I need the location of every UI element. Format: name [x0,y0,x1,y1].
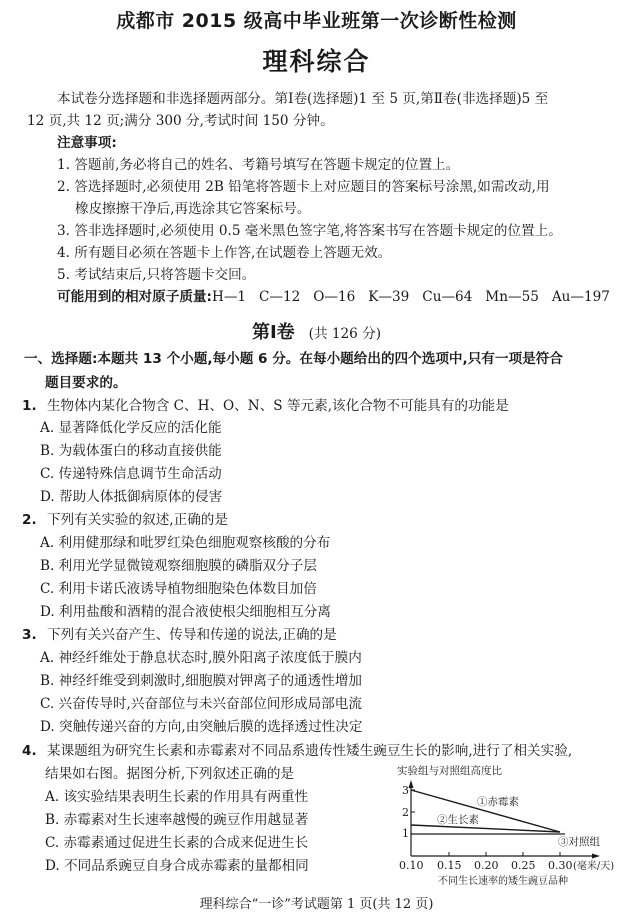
q3-option-b: B. 神经纤维受到刺激时,细胞膜对钾离子的通透性增加 [40,670,362,692]
y-axis-arrow-icon [409,780,414,788]
q1-option-a: A. 显著降低化学反应的活化能 [40,417,222,439]
atomic-mass-values: H—1 C—12 O—16 K—39 Cu—64 Mn—55 Au—197 [212,289,610,305]
question-3: 3. 下列有关兴奋产生、传导和传递的说法,正确的是 [22,624,337,646]
q4-option-b: B. 赤霉素对生长速率越慢的豌豆作用越显著 [45,809,308,831]
q2-option-a: A. 利用健那绿和吡罗红染色细胞观察核酸的分布 [40,532,330,554]
question-stem: 下列有关兴奋产生、传导和传递的说法,正确的是 [47,627,337,643]
exam-subject-title: 理科综合 [0,42,633,78]
x-tick: 0.10 [399,859,424,872]
section-heading: 第Ⅰ卷(共 126 分) [0,318,633,344]
question-4-stem-cont: 结果如右图。据图分析,下列叙述正确的是 [45,763,294,785]
intro-line-2: 12 页,共 12 页;满分 300 分,考试时间 150 分钟。 [27,110,334,132]
question-1: 1. 生物体内某化合物含 C、H、O、N、S 等元素,该化合物不可能具有的功能是 [22,395,509,417]
q1-option-c: C. 传递特殊信息调节生命活动 [40,463,222,485]
x-tick: 0.20 [474,859,499,872]
note-item-2-cont: 橡皮擦擦干净后,再选涂其它答案标号。 [75,198,310,220]
question-number: 3. [22,627,37,643]
note-item-5: 5. 考试结束后,只将答题卡交回。 [57,264,255,286]
q2-option-b: B. 利用光学显微镜观察细胞膜的磷脂双分子层 [40,555,317,577]
intro-line-1: 本试卷分选择题和非选择题两部分。第Ⅰ卷(选择题)1 至 5 页,第Ⅱ卷(非选择题… [57,88,548,110]
question-number: 2. [22,512,37,528]
label-control: ③对照组 [558,835,600,848]
question-stem: 生物体内某化合物含 C、H、O、N、S 等元素,该化合物不可能具有的功能是 [47,398,509,414]
q4-option-c: C. 赤霉素通过促进生长素的合成来促进生长 [45,832,308,854]
x-tick: 0.15 [437,859,462,872]
section-instruction-2: 题目要求的。 [45,372,127,394]
q2-option-d: D. 利用盐酸和酒精的混合液使根尖细胞相互分离 [40,601,331,623]
x-tick: 0.25 [511,859,536,872]
q3-option-d: D. 突触传递兴奋的方向,由突触后膜的选择透过性决定 [40,716,362,738]
x-tick: 0.30 [548,859,573,872]
section-score: (共 126 分) [309,326,381,342]
question-2: 2. 下列有关实验的叙述,正确的是 [22,509,228,531]
y-tick: 1 [402,827,409,840]
section-title: 第Ⅰ卷 [252,322,295,343]
x-axis-arrow-icon [592,854,600,859]
atomic-mass-label: 可能用到的相对原子质量: [57,289,212,305]
chart-title: 实验组与对照组高度比 [397,764,502,777]
question-number: 4. [22,743,37,759]
atomic-mass-row: 可能用到的相对原子质量:H—1 C—12 O—16 K—39 Cu—64 Mn—… [57,286,610,308]
q1-option-d: D. 帮助人体抵御病原体的侵害 [40,486,222,508]
question-4: 4. 某课题组为研究生长素和赤霉素对不同品系遗传性矮生豌豆生长的影响,进行了相关… [22,740,572,762]
x-axis-label: 不同生长速率的矮生豌豆品种 [438,874,568,887]
exam-title: 成都市 2015 级高中毕业班第一次诊断性检测 [0,6,633,33]
note-item-2: 2. 答选择题时,必须使用 2B 铅笔将答题卡上对应题目的答案标号涂黑,如需改动… [57,176,550,198]
q3-option-a: A. 神经纤维处于静息状态时,膜外阳离子浓度低于膜内 [40,647,362,669]
note-item-1: 1. 答题前,务必将自己的姓名、考籍号填写在答题卡规定的位置上。 [57,154,459,176]
section-instruction-1: 一、选择题:本题共 13 个小题,每小题 6 分。在每小题给出的四个选项中,只有… [24,348,563,370]
note-item-3: 3. 答非选择题时,必须使用 0.5 毫米黑色签字笔,将答案书写在答题卡规定的位… [57,220,562,242]
note-item-4: 4. 所有题目必须在答题卡上作答,在试题卷上答题无效。 [57,242,391,264]
q4-option-a: A. 该实验结果表明生长素的作用具有两重性 [45,786,308,808]
label-auxin: ②生长素 [437,813,479,826]
q3-option-c: C. 兴奋传导时,兴奋部位与未兴奋部位间形成局部电流 [40,693,362,715]
growth-ratio-chart: 实验组与对照组高度比 3 2 1 0.10 0.15 0.20 0.25 0.3… [360,760,633,890]
y-tick: 2 [402,806,409,819]
q4-option-d: D. 不同品系豌豆自身合成赤霉素的量都相同 [45,855,309,877]
question-stem: 某课题组为研究生长素和赤霉素对不同品系遗传性矮生豌豆生长的影响,进行了相关实验, [47,743,572,759]
label-gibberellin: ①赤霉素 [477,795,519,808]
notes-heading: 注意事项: [57,132,117,154]
question-stem: 下列有关实验的叙述,正确的是 [47,512,228,528]
y-tick: 3 [402,784,409,797]
q2-option-c: C. 利用卡诺氏液诱导植物细胞染色体数目加倍 [40,578,317,600]
page-footer: 理科综合“一诊”考试题第 1 页(共 12 页) [0,893,633,912]
question-number: 1. [22,398,37,414]
q1-option-b: B. 为载体蛋白的移动直接供能 [40,440,222,462]
x-unit: (毫米/天) [573,859,614,872]
